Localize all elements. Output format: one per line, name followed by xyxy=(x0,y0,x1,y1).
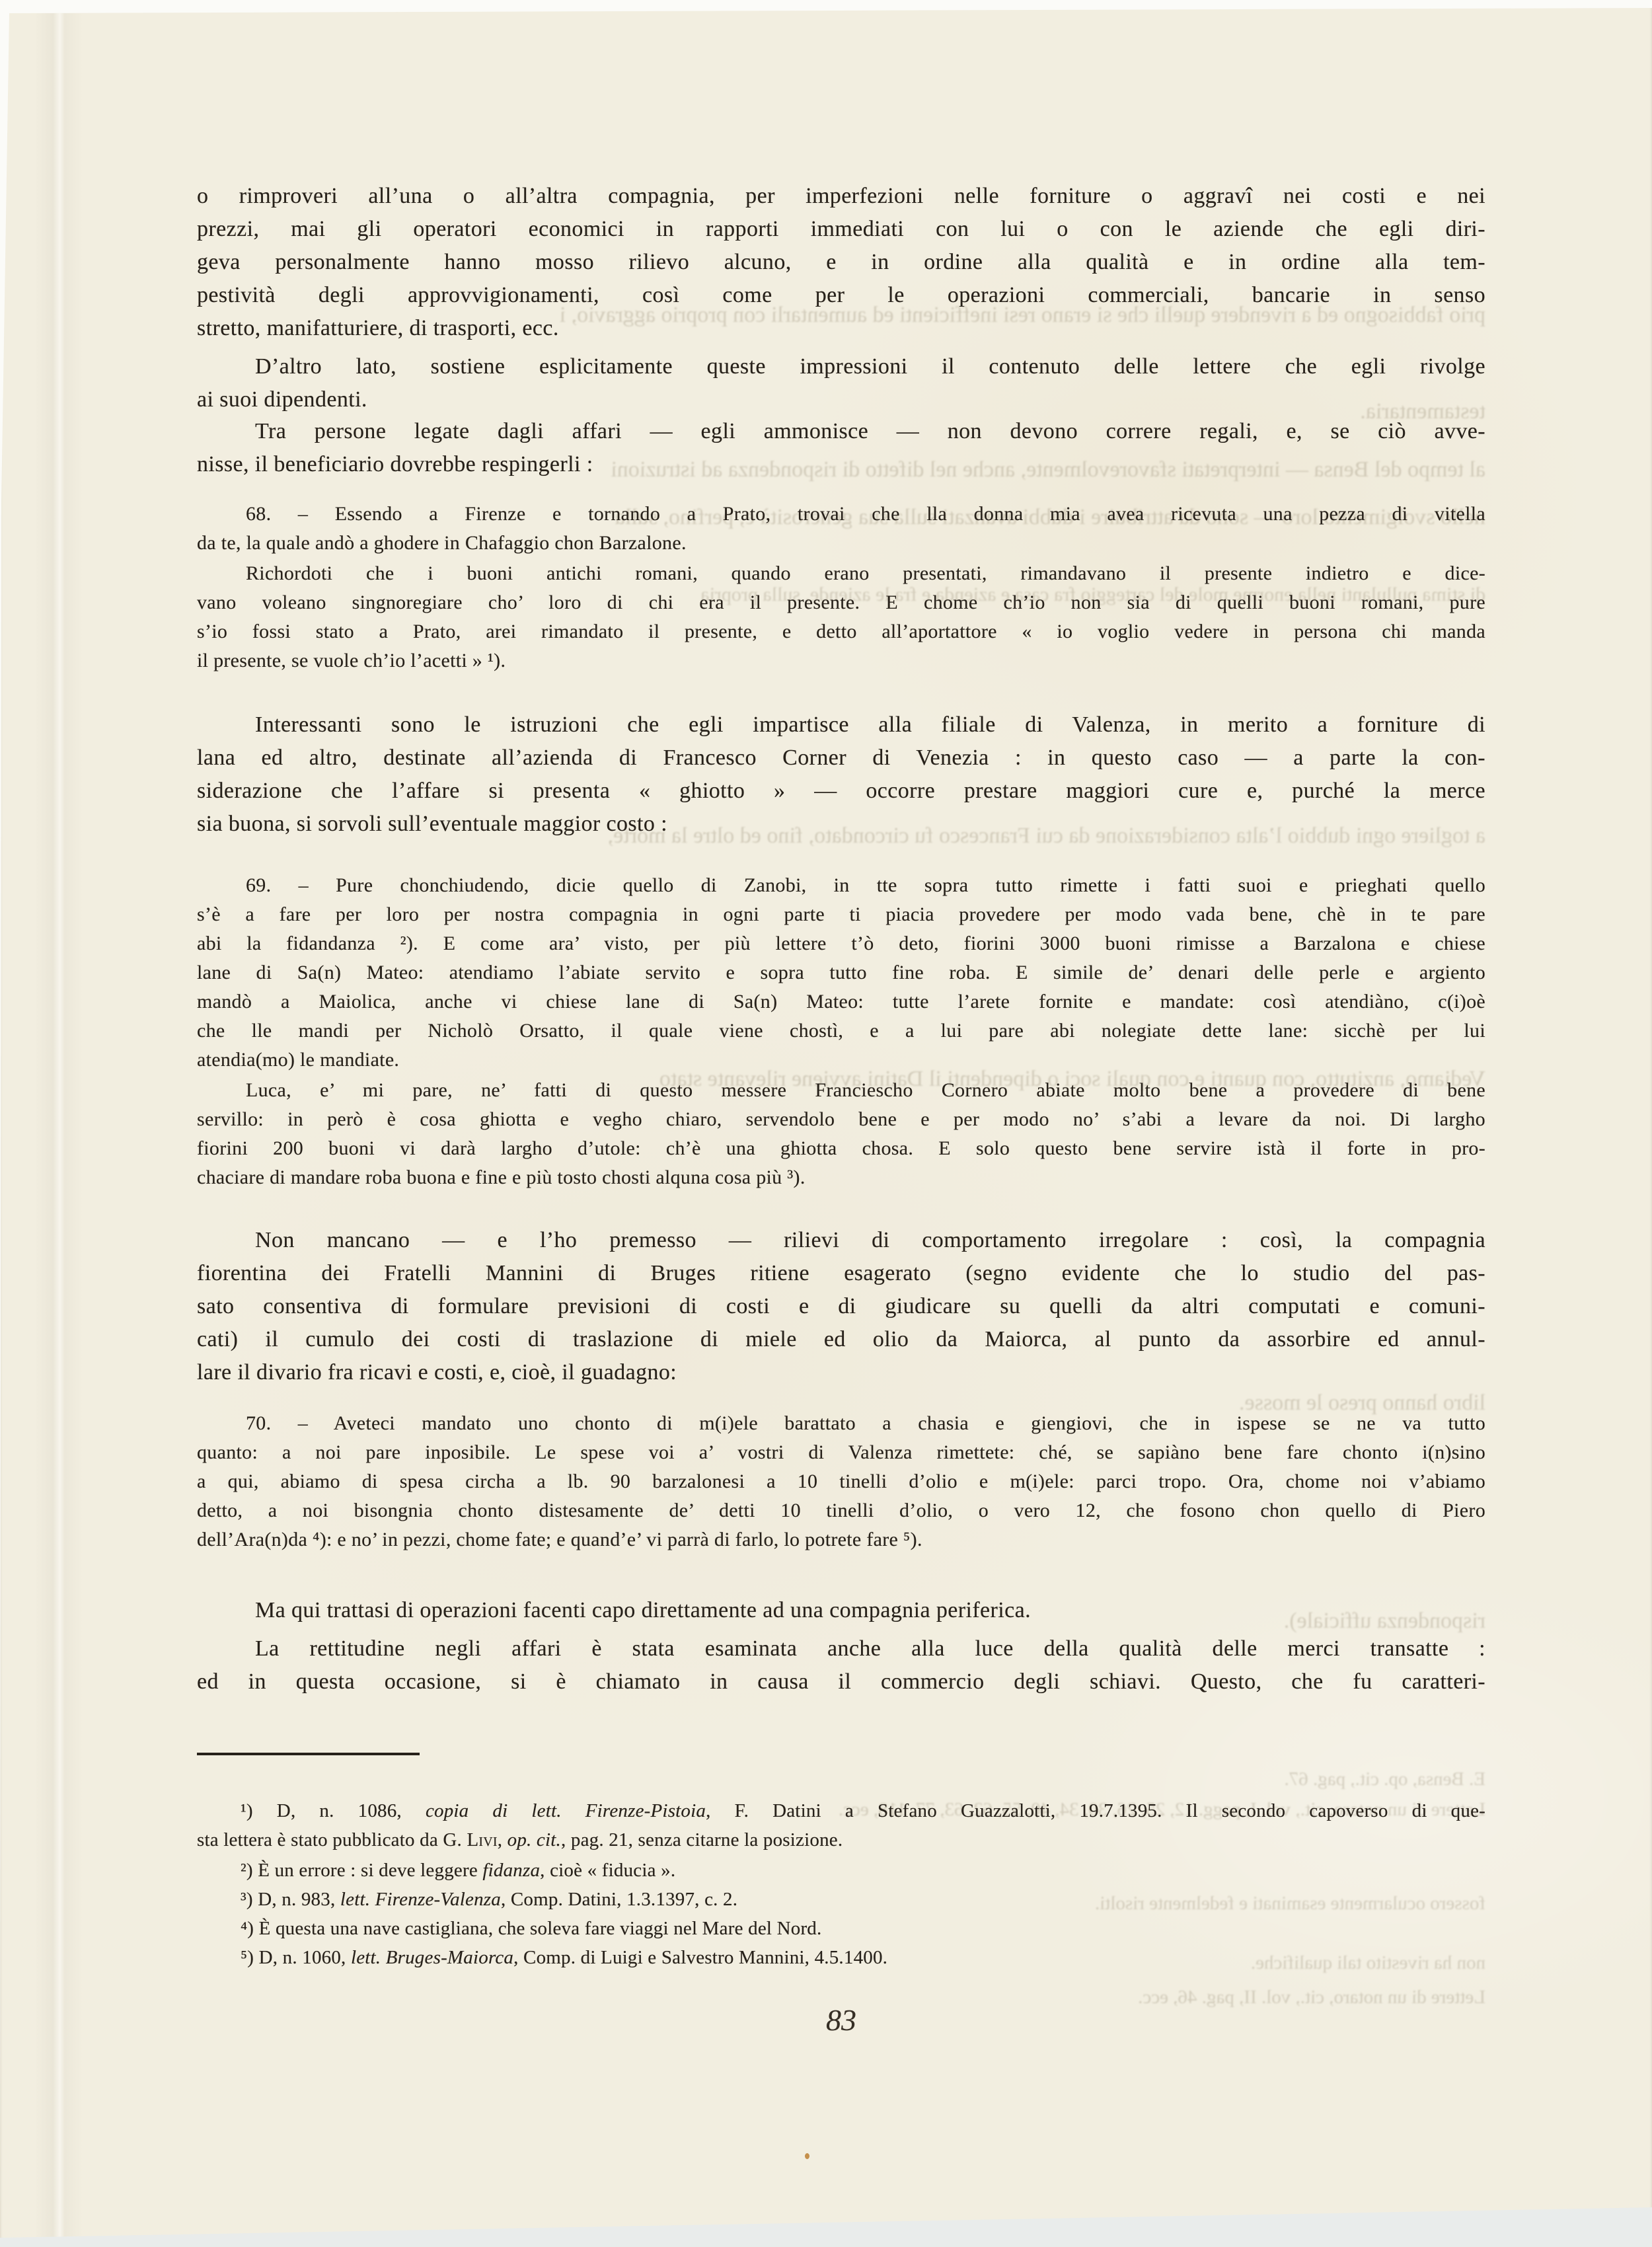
text-line: atendia(mo) le mandiate. xyxy=(197,1046,1485,1075)
body-paragraph: D’altro lato, sostiene esplicitamente qu… xyxy=(197,350,1485,416)
footnote: ⁵) D, n. 1060, lett. Bruges-Maiorca, Com… xyxy=(197,1943,1485,1972)
footnote: ³) D, n. 983, lett. Firenze-Valenza, Com… xyxy=(197,1885,1485,1914)
footnote: ⁴) È questa una nave castigliana, che so… xyxy=(197,1914,1485,1943)
footnote-separator xyxy=(197,1753,420,1755)
text-line: ed in questa occasione, si è chiamato in… xyxy=(197,1665,1485,1698)
text-line: prezzi, mai gli operatori economici in r… xyxy=(197,213,1485,246)
text-line: 69. – Pure chonchiudendo, dicie quello d… xyxy=(197,871,1485,900)
text-line: ⁵) D, n. 1060, lett. Bruges-Maiorca, Com… xyxy=(197,1943,1485,1972)
text-line: dell’Ara(n)da ⁴): e no’ in pezzi, chome … xyxy=(197,1525,1485,1554)
body-paragraph: o rimproveri all’una o all’altra compagn… xyxy=(197,180,1485,345)
body-paragraph: Tra persone legate dagli affari — egli a… xyxy=(197,415,1485,481)
body-paragraph: Ma qui trattasi di operazioni facenti ca… xyxy=(197,1594,1485,1627)
text-line: D’altro lato, sostiene esplicitamente qu… xyxy=(197,350,1485,383)
text-line: ai suoi dipendenti. xyxy=(197,383,1485,416)
text-line: sia buona, si sorvoli sull’eventuale mag… xyxy=(197,808,1485,841)
quote-paragraph: Luca, e’ mi pare, ne’ fatti di questo me… xyxy=(197,1076,1485,1192)
text-line: nisse, il beneficiario dovrebbe respinge… xyxy=(197,448,1485,481)
text-line: siderazione che l’affare si presenta « g… xyxy=(197,775,1485,808)
paper-speck xyxy=(805,2153,809,2159)
text-line: chaciare di mandare roba buona e fine e … xyxy=(197,1163,1485,1192)
paper-crease xyxy=(34,13,83,2238)
text-line: lana ed altro, destinate all’azienda di … xyxy=(197,742,1485,775)
quote-paragraph: 68. – Essendo a Firenze e tornando a Pra… xyxy=(197,500,1485,558)
text-line: abi la fidandanza ²). E come ara’ visto,… xyxy=(197,929,1485,958)
text-line: cati) il cumulo dei costi di traslazione… xyxy=(197,1323,1485,1356)
text-line: mandò a Maiolica, anche vi chiese lane d… xyxy=(197,987,1485,1016)
text-line: che lle mandi per Nicholò Orsatto, il qu… xyxy=(197,1016,1485,1046)
text-line: Tra persone legate dagli affari — egli a… xyxy=(197,415,1485,448)
text-line: quanto: a noi pare inposibile. Le spese … xyxy=(197,1438,1485,1467)
quote-paragraph: Richordoti che i buoni antichi romani, q… xyxy=(197,559,1485,675)
footnote: ¹) D, n. 1086, copia di lett. Firenze-Pi… xyxy=(197,1796,1485,1854)
footnote: ²) È un errore : si deve leggere fidanza… xyxy=(197,1856,1485,1885)
text-line: detto, a noi bisongnia chonto distesamen… xyxy=(197,1496,1485,1525)
text-line: sta lettera è stato pubblicato da G. Liv… xyxy=(197,1825,1485,1854)
page-number: 83 xyxy=(197,2002,1485,2038)
text-line: 68. – Essendo a Firenze e tornando a Pra… xyxy=(197,500,1485,529)
quote-paragraph: 70. – Aveteci mandato uno chonto di m(i)… xyxy=(197,1409,1485,1554)
text-line: La rettitudine negli affari è stata esam… xyxy=(197,1632,1485,1665)
text-line: lare il divario fra ricavi e costi, e, c… xyxy=(197,1356,1485,1389)
text-line: 70. – Aveteci mandato uno chonto di m(i)… xyxy=(197,1409,1485,1438)
text-line: stretto, manifatturiere, di trasporti, e… xyxy=(197,312,1485,345)
text-line: s’è a fare per loro per nostra compagnia… xyxy=(197,900,1485,929)
text-line: da te, la quale andò a ghodere in Chafag… xyxy=(197,529,1485,558)
text-line: lane di Sa(n) Mateo: atendiamo l’abiate … xyxy=(197,958,1485,987)
text-line: sato consentiva di formulare previsioni … xyxy=(197,1290,1485,1323)
text-line: s’io fossi stato a Prato, arei rimandato… xyxy=(197,617,1485,646)
text-line: fiorini 200 buoni vi darà largho d’utole… xyxy=(197,1134,1485,1163)
body-paragraph: Interessanti sono le istruzioni che egli… xyxy=(197,708,1485,841)
text-column: o rimproveri all’una o all’altra compagn… xyxy=(197,0,1485,2247)
text-line: ¹) D, n. 1086, copia di lett. Firenze-Pi… xyxy=(197,1796,1485,1825)
text-line: vano voleano singnoregiare cho’ loro di … xyxy=(197,588,1485,617)
book-page: prio fabbisogno ed a rivendere quelli ch… xyxy=(0,0,1652,2247)
text-line: servillo: in però è cosa ghiotta e vegho… xyxy=(197,1105,1485,1134)
text-line: Interessanti sono le istruzioni che egli… xyxy=(197,708,1485,742)
text-line: il presente, se vuole ch’io l’acetti » ¹… xyxy=(197,646,1485,675)
text-line: a qui, abiamo di spesa circha a lb. 90 b… xyxy=(197,1467,1485,1496)
text-line: fiorentina dei Fratelli Mannini di Bruge… xyxy=(197,1257,1485,1290)
quote-paragraph: 69. – Pure chonchiudendo, dicie quello d… xyxy=(197,871,1485,1075)
text-line: Non mancano — e l’ho premesso — rilievi … xyxy=(197,1224,1485,1257)
text-line: ²) È un errore : si deve leggere fidanza… xyxy=(197,1856,1485,1885)
text-line: Ma qui trattasi di operazioni facenti ca… xyxy=(197,1594,1485,1627)
body-paragraph: La rettitudine negli affari è stata esam… xyxy=(197,1632,1485,1698)
text-line: ³) D, n. 983, lett. Firenze-Valenza, Com… xyxy=(197,1885,1485,1914)
text-line: geva personalmente hanno mosso rilievo a… xyxy=(197,246,1485,279)
body-paragraph: Non mancano — e l’ho premesso — rilievi … xyxy=(197,1224,1485,1389)
text-line: o rimproveri all’una o all’altra compagn… xyxy=(197,180,1485,213)
text-line: ⁴) È questa una nave castigliana, che so… xyxy=(197,1914,1485,1943)
text-line: Richordoti che i buoni antichi romani, q… xyxy=(197,559,1485,588)
text-line: pestività degli approvvigionamenti, così… xyxy=(197,279,1485,312)
text-line: Luca, e’ mi pare, ne’ fatti di questo me… xyxy=(197,1076,1485,1105)
